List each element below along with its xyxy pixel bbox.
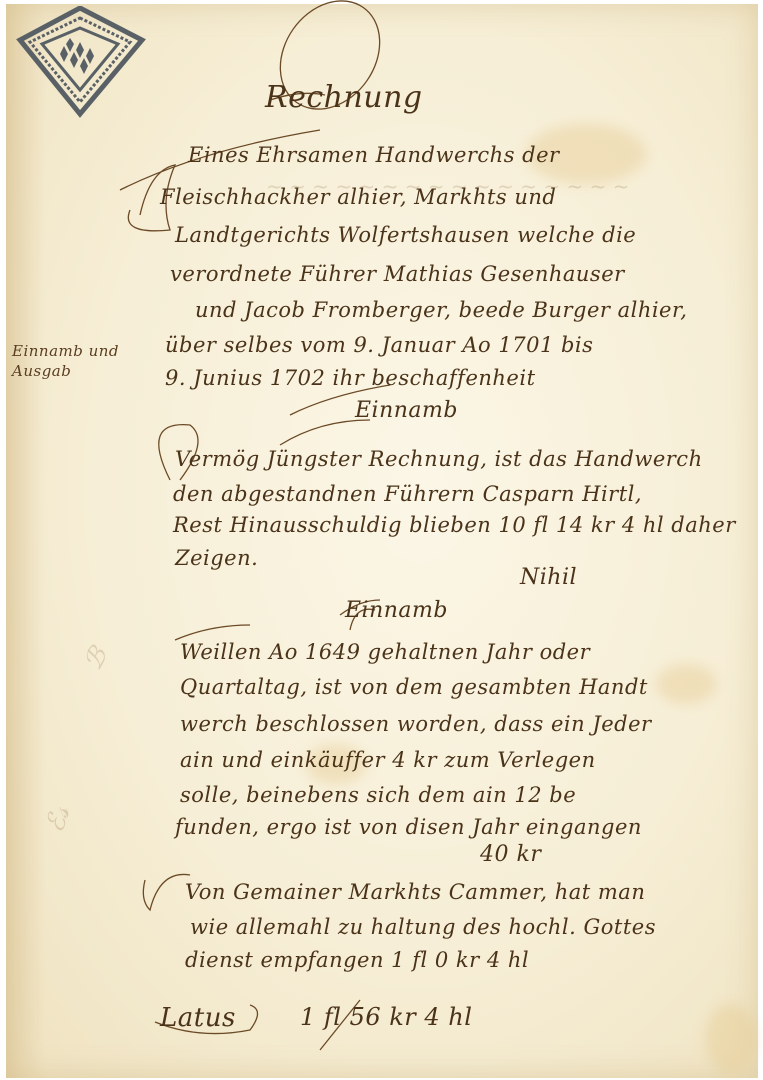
section-line: ain und einkäuffer 4 kr zum Verlegen	[180, 748, 596, 772]
section-amount: 40 kr	[480, 842, 541, 867]
section-heading: Einnamb	[355, 398, 458, 423]
section-line: dienst empfangen 1 fl 0 kr 4 hl	[185, 948, 529, 972]
heading-line: Eines Ehrsamen Handwerchs der	[188, 143, 560, 167]
heading-line: über selbes vom 9. Januar Ao 1701 bis	[165, 333, 593, 357]
margin-note: Ausgab	[12, 362, 71, 380]
heading-line: 9. Junius 1702 ihr beschaffenheit	[165, 366, 536, 390]
latus-label: Latus	[160, 1003, 236, 1033]
bleed-through-text: ℰ𝓈	[40, 802, 78, 836]
margin-note: Einnamb und	[12, 342, 119, 360]
section-line: solle, beinebens sich dem ain 12 be	[180, 783, 576, 807]
section-amount: Nihil	[520, 565, 577, 590]
heading-line: Landtgerichts Wolfertshausen welche die	[175, 223, 636, 247]
section-line: funden, ergo ist von disen Jahr eingange…	[175, 815, 642, 839]
bleed-through-text: ℬ	[78, 643, 114, 676]
section-line: Weillen Ao 1649 gehaltnen Jahr oder	[180, 640, 590, 664]
section-line: wie allemahl zu haltung des hochl. Gotte…	[190, 915, 656, 939]
section-line: Von Gemainer Markhts Cammer, hat man	[185, 880, 645, 904]
section-line: Vermög Jüngster Rechnung, ist das Handwe…	[175, 447, 703, 471]
section-heading: Einnamb	[345, 598, 448, 623]
latus-total: 1 fl 56 kr 4 hl	[300, 1003, 472, 1031]
section-line: Rest Hinausschuldig blieben 10 fl 14 kr …	[173, 513, 736, 537]
section-line: Quartaltag, ist von dem gesambten Handt	[180, 675, 648, 699]
paper-stain	[656, 664, 716, 704]
paper-stain	[706, 1004, 756, 1074]
document-title: Rechnung	[265, 80, 423, 115]
heading-line: Fleischhackher alhier, Markhts und	[160, 185, 556, 209]
section-line: werch beschlossen worden, dass ein Jeder	[180, 712, 652, 736]
tax-stamp-icon	[14, 6, 146, 118]
section-line: den abgestandnen Führern Casparn Hirtl,	[173, 482, 642, 506]
heading-line: und Jacob Fromberger, beede Burger alhie…	[195, 298, 687, 322]
section-line: Zeigen.	[175, 546, 258, 570]
heading-line: verordnete Führer Mathias Gesenhauser	[170, 262, 625, 286]
